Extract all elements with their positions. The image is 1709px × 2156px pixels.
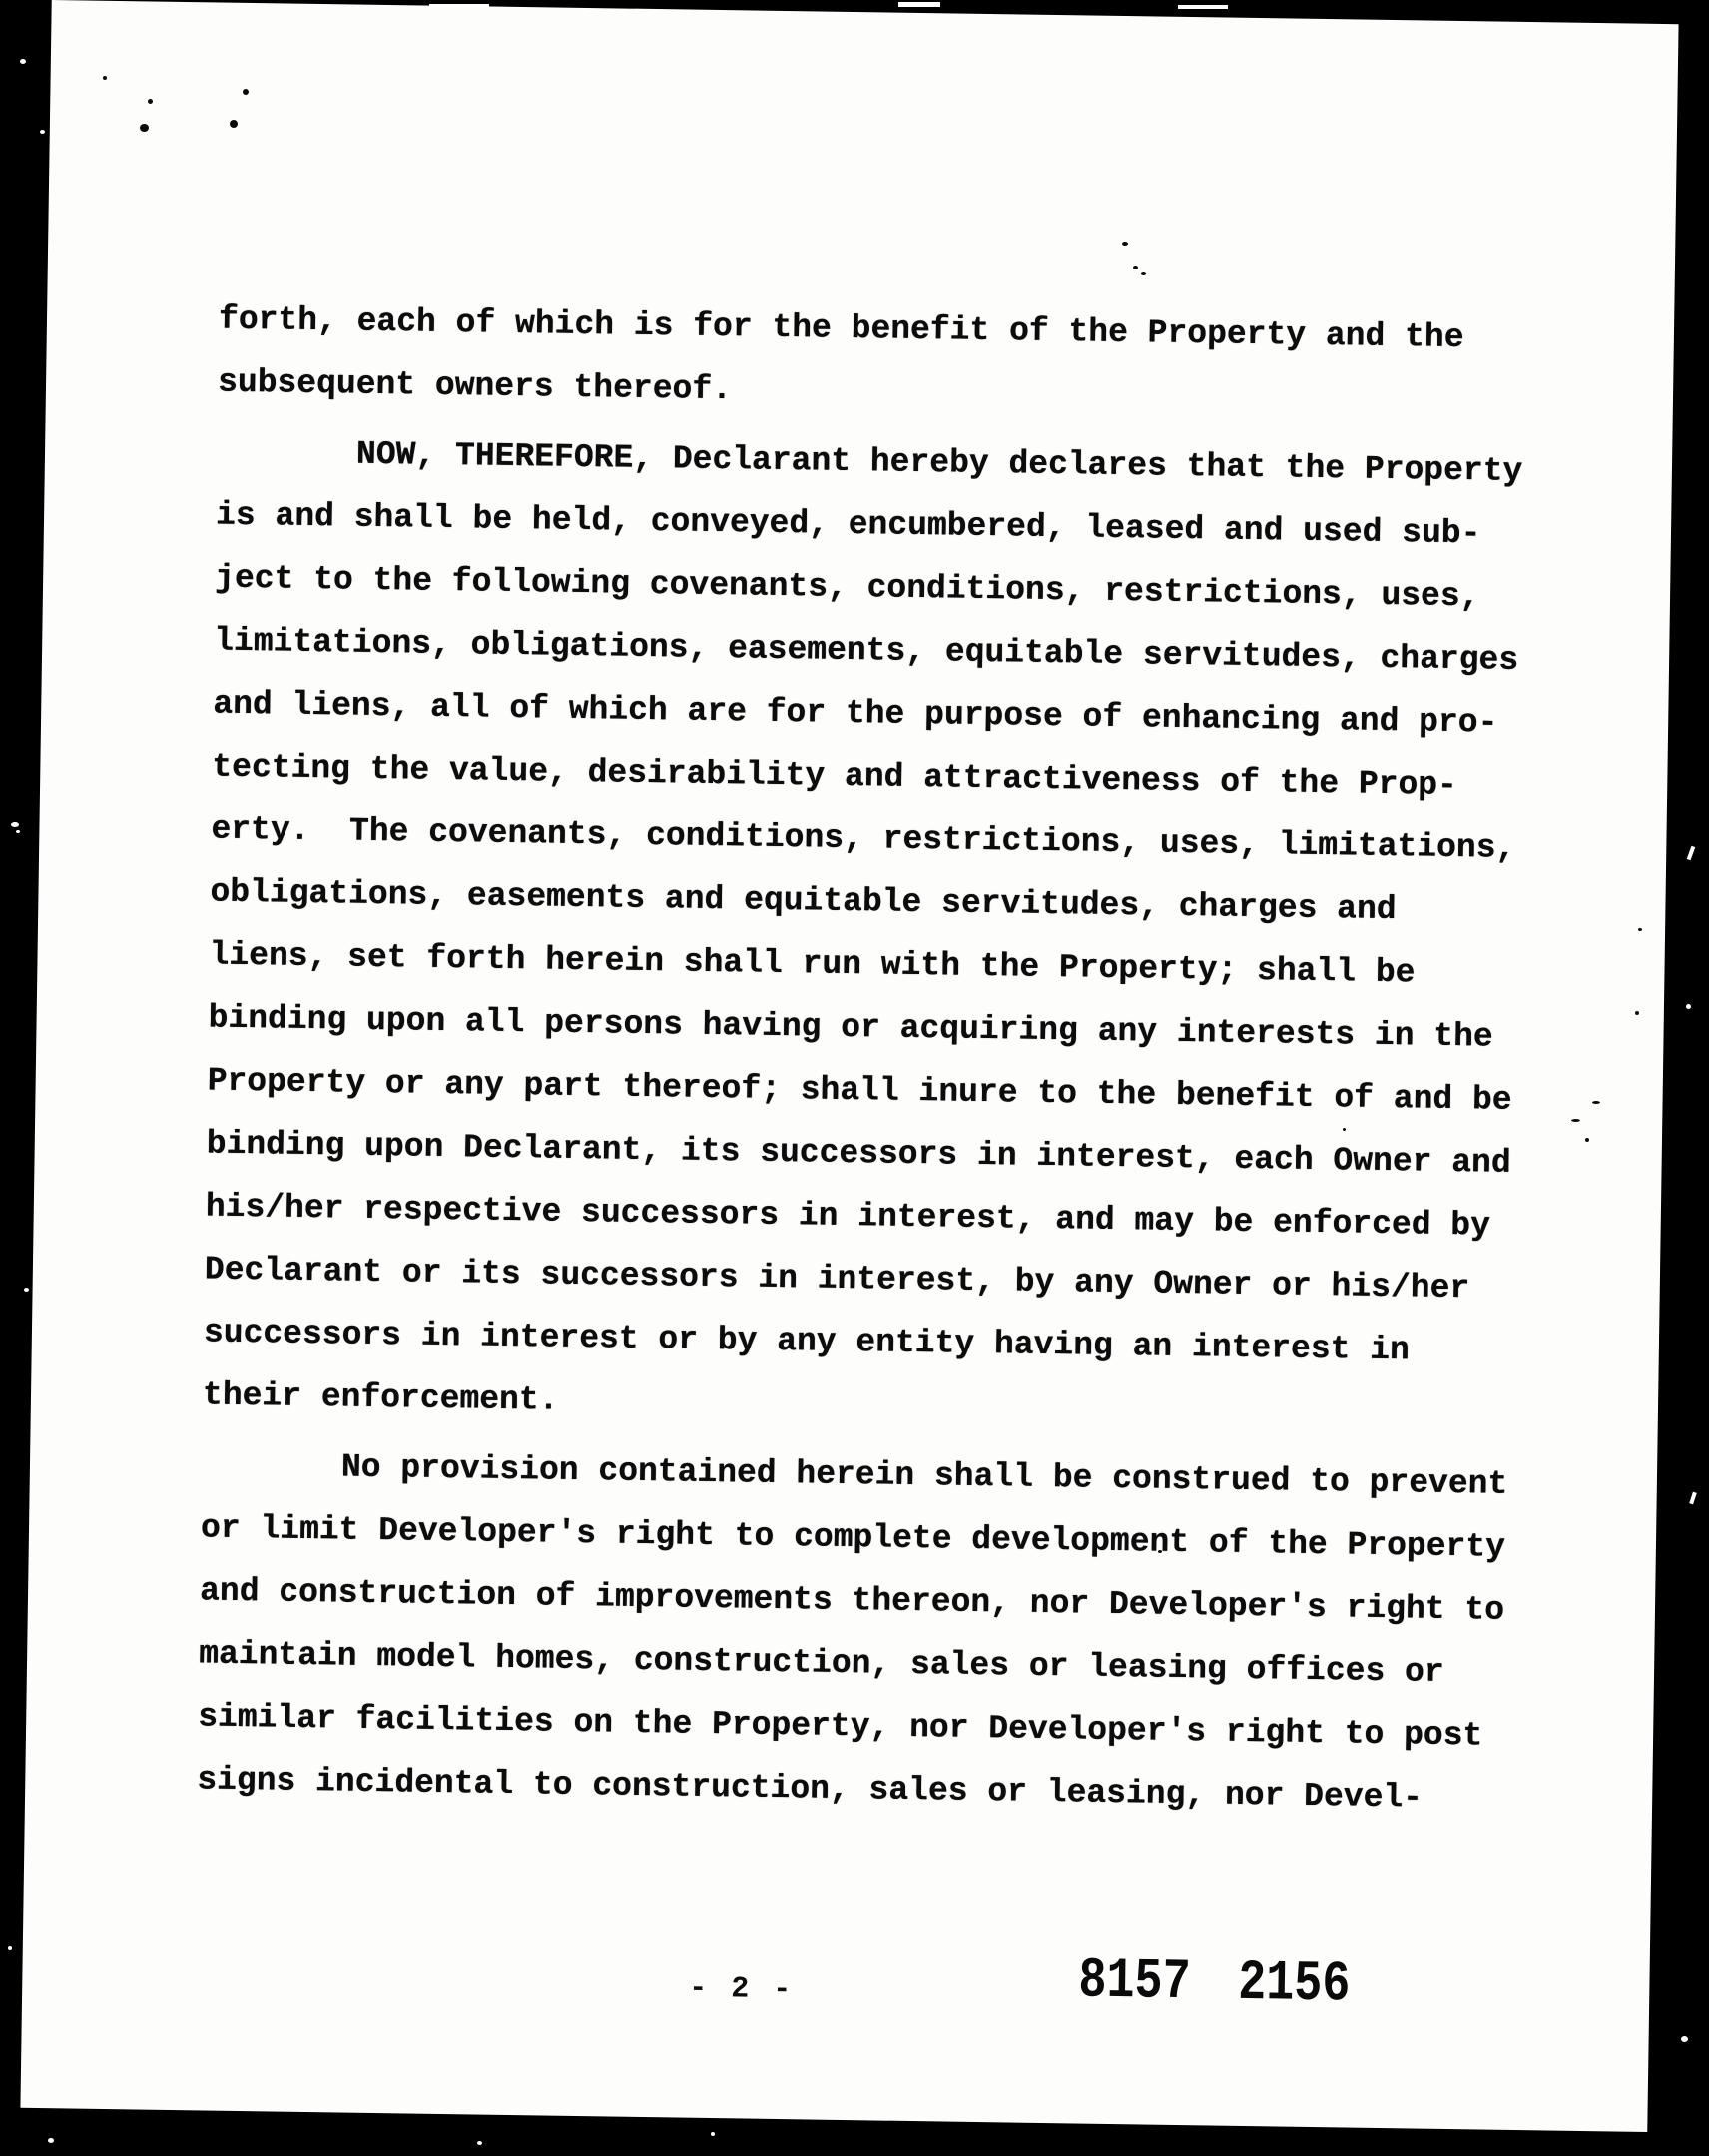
noise-speck <box>1681 2036 1688 2042</box>
stamp-number: 8157 2156 <box>1078 1950 1351 2018</box>
noise-speck <box>24 1288 29 1292</box>
stamp-number-left: 8157 <box>1078 1950 1191 2016</box>
noise-speck <box>429 4 489 9</box>
noise-speck <box>11 822 19 827</box>
noise-speck <box>1343 1128 1346 1131</box>
noise-speck <box>1686 1004 1691 1009</box>
noise-speck <box>1592 1101 1600 1104</box>
document-page: forth, each of which is for the benefit … <box>20 0 1678 2132</box>
noise-speck <box>243 89 249 95</box>
noise-speck <box>1635 1011 1639 1015</box>
noise-speck <box>230 120 238 128</box>
noise-speck <box>40 130 45 134</box>
noise-speck <box>140 124 149 132</box>
noise-speck <box>1687 846 1696 861</box>
noise-speck <box>1158 1550 1162 1553</box>
noise-speck <box>898 2 940 7</box>
noise-speck <box>1141 272 1146 275</box>
paragraph-no-provision: No provision contained herein shall be c… <box>197 1433 1599 1832</box>
noise-speck <box>48 2138 54 2143</box>
noise-speck <box>148 99 153 104</box>
noise-speck <box>103 76 107 80</box>
noise-speck <box>1585 1138 1589 1142</box>
noise-speck <box>477 2141 482 2145</box>
noise-speck <box>1133 266 1138 269</box>
noise-speck <box>1571 1119 1580 1122</box>
noise-speck <box>20 59 26 64</box>
noise-speck <box>16 830 20 833</box>
paragraph-now-therefore: NOW, THEREFORE, Declarant hereby declare… <box>203 421 1615 1448</box>
scanned-page-canvas: forth, each of which is for the benefit … <box>0 0 1709 2156</box>
noise-speck <box>711 2132 715 2136</box>
noise-speck <box>1122 242 1128 246</box>
noise-speck <box>1638 928 1642 931</box>
stamp-number-right: 2156 <box>1238 1952 1351 2018</box>
document-text: forth, each of which is for the benefit … <box>197 288 1617 1840</box>
noise-speck <box>1178 5 1228 9</box>
paragraph-continuation: forth, each of which is for the benefit … <box>218 288 1617 435</box>
noise-speck <box>8 1946 12 1950</box>
page-number: - 2 - <box>689 1972 795 2008</box>
noise-speck <box>1689 1492 1697 1505</box>
